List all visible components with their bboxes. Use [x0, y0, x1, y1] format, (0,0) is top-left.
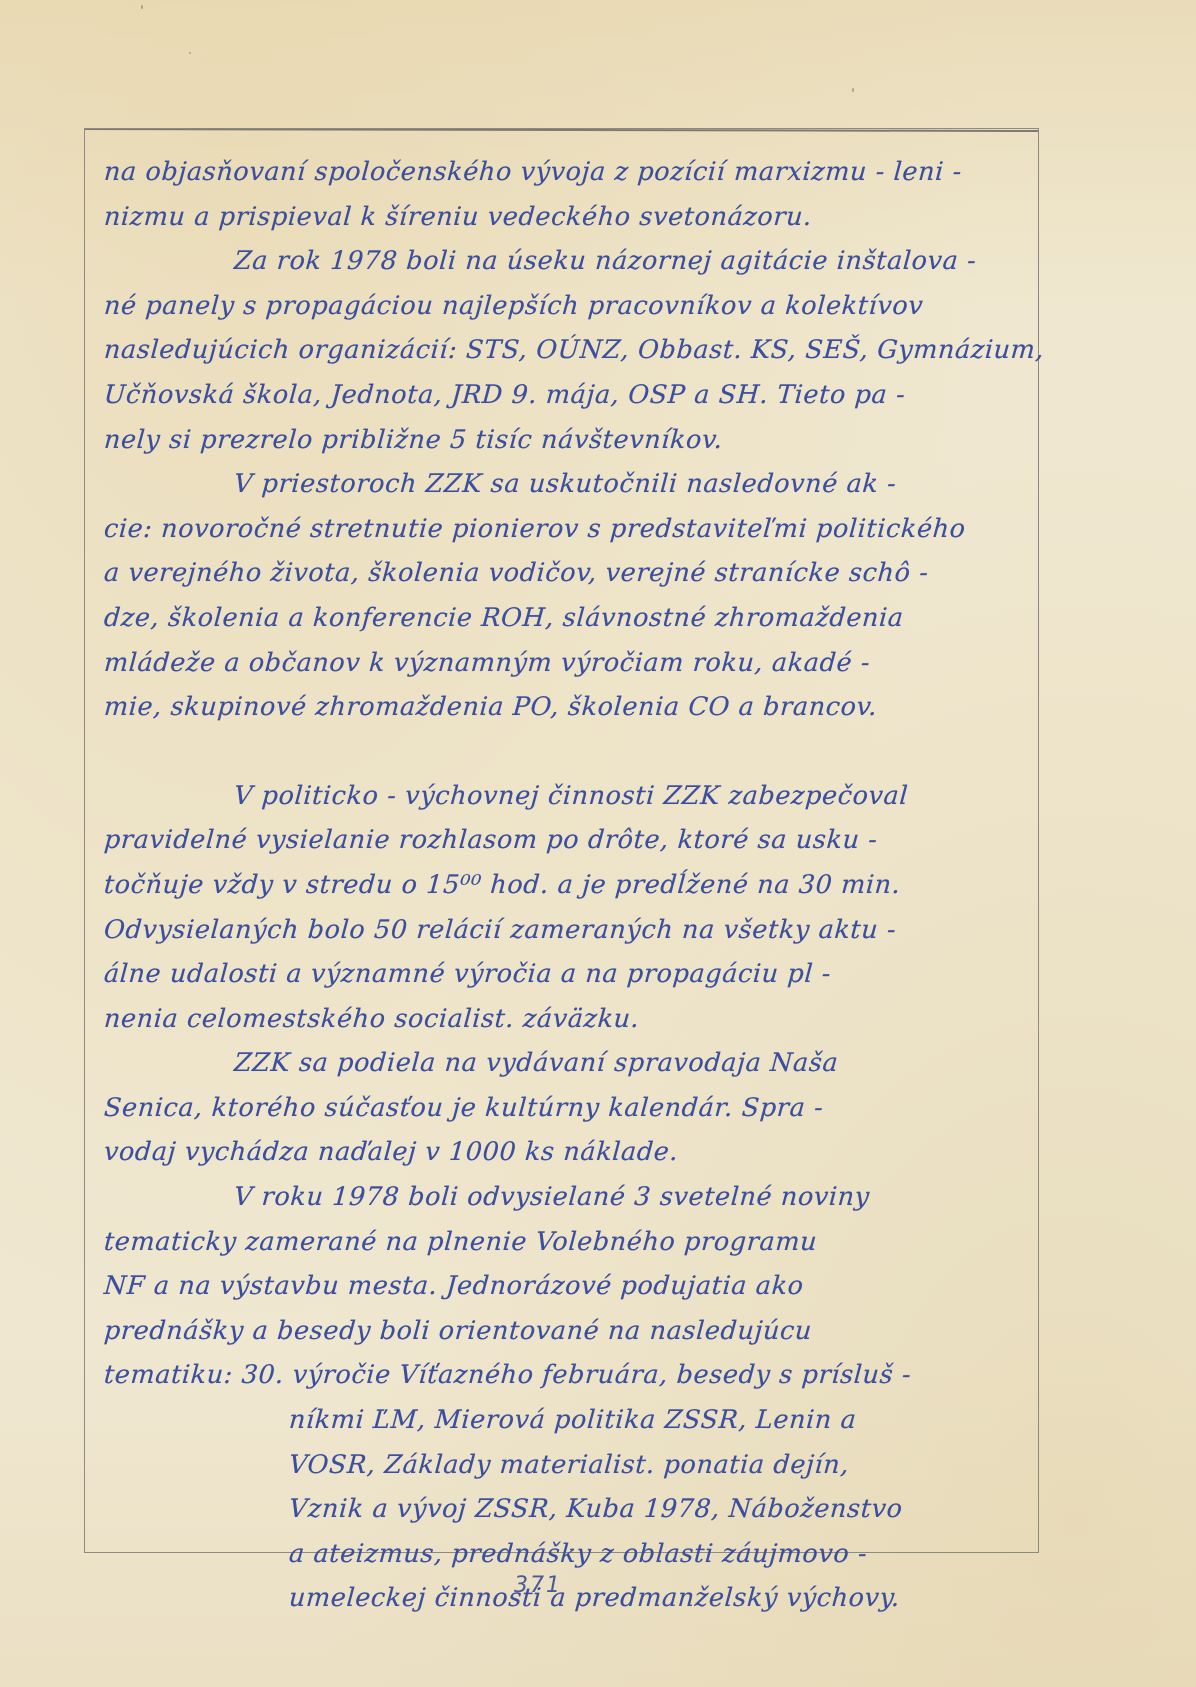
- text-line: nizmu a prispieval k šíreniu vedeckého s…: [102, 195, 1033, 240]
- text-line: pravidelné vysielanie rozhlasom po drôte…: [102, 818, 1033, 863]
- text-line: álne udalosti a významné výročia a na pr…: [102, 952, 1033, 997]
- text-line: tematicky zamerané na plnenie Volebného …: [102, 1220, 1033, 1265]
- text-line: né panely s propagáciou najlepších praco…: [102, 284, 1033, 329]
- text-line: a verejného života, školenia vodičov, ve…: [102, 551, 1033, 596]
- text-line: nasledujúcich organizácií: STS, OÚNZ, Ob…: [102, 328, 1033, 373]
- hanging-indent-line: VOSR, Základy materialist. ponatia dejín…: [102, 1443, 1033, 1488]
- text-line: nely si prezrelo približne 5 tisíc návšt…: [102, 418, 1033, 463]
- text-line: cie: novoročné stretnutie pionierov s pr…: [102, 507, 1033, 552]
- text-line: vodaj vychádza naďalej v 1000 ks náklade…: [102, 1130, 1033, 1175]
- text-line: mie, skupinové zhromaždenia PO, školenia…: [102, 685, 1033, 730]
- hanging-indent-line: a ateizmus, prednášky z oblasti záujmovo…: [102, 1532, 1033, 1577]
- text-line: prednášky a besedy boli orientované na n…: [102, 1309, 1033, 1354]
- text-line: nenia celomestského socialist. záväzku.: [102, 997, 1033, 1042]
- handwritten-text-block: na objasňovaní spoločenského vývoja z po…: [104, 150, 1032, 1621]
- hanging-indent-line: umeleckej činnosti a predmanželský výcho…: [102, 1576, 1033, 1621]
- text-line: Odvysielaných bolo 50 relácií zameraných…: [102, 908, 1033, 953]
- page-number: 371: [514, 1573, 562, 1598]
- paper-speck: [189, 52, 191, 54]
- hanging-indent-line: Vznik a vývoj ZSSR, Kuba 1978, Náboženst…: [102, 1487, 1033, 1532]
- text-line: točňuje vždy v stredu o 15⁰⁰ hod. a je p…: [102, 863, 1033, 908]
- paragraph-start-line: Za rok 1978 boli na úseku názornej agitá…: [102, 239, 1033, 284]
- text-line: NF a na výstavbu mesta. Jednorázové podu…: [102, 1264, 1033, 1309]
- paragraph-start-line: V priestoroch ZZK sa uskutočnili nasledo…: [102, 462, 1033, 507]
- hanging-indent-line: níkmi ĽM, Mierová politika ZSSR, Lenin a: [102, 1398, 1033, 1443]
- text-line: Senica, ktorého súčasťou je kultúrny kal…: [102, 1086, 1033, 1131]
- paragraph-start-line: ZZK sa podiela na vydávaní spravodaja Na…: [102, 1041, 1033, 1086]
- paragraph-start-line: V roku 1978 boli odvysielané 3 svetelné …: [102, 1175, 1033, 1220]
- paper-speck: [141, 5, 143, 9]
- text-line: Učňovská škola, Jednota, JRD 9. mája, OS…: [102, 373, 1033, 418]
- text-line: mládeže a občanov k významným výročiam r…: [102, 641, 1033, 686]
- text-line: na objasňovaní spoločenského vývoja z po…: [102, 150, 1033, 195]
- text-line: tematiku: 30. výročie Víťazného februára…: [102, 1353, 1033, 1398]
- paper-speck: [852, 88, 854, 92]
- text-line: dze, školenia a konferencie ROH, slávnos…: [102, 596, 1033, 641]
- paragraph-start-line: V politicko - výchovnej činnosti ZZK zab…: [102, 774, 1033, 819]
